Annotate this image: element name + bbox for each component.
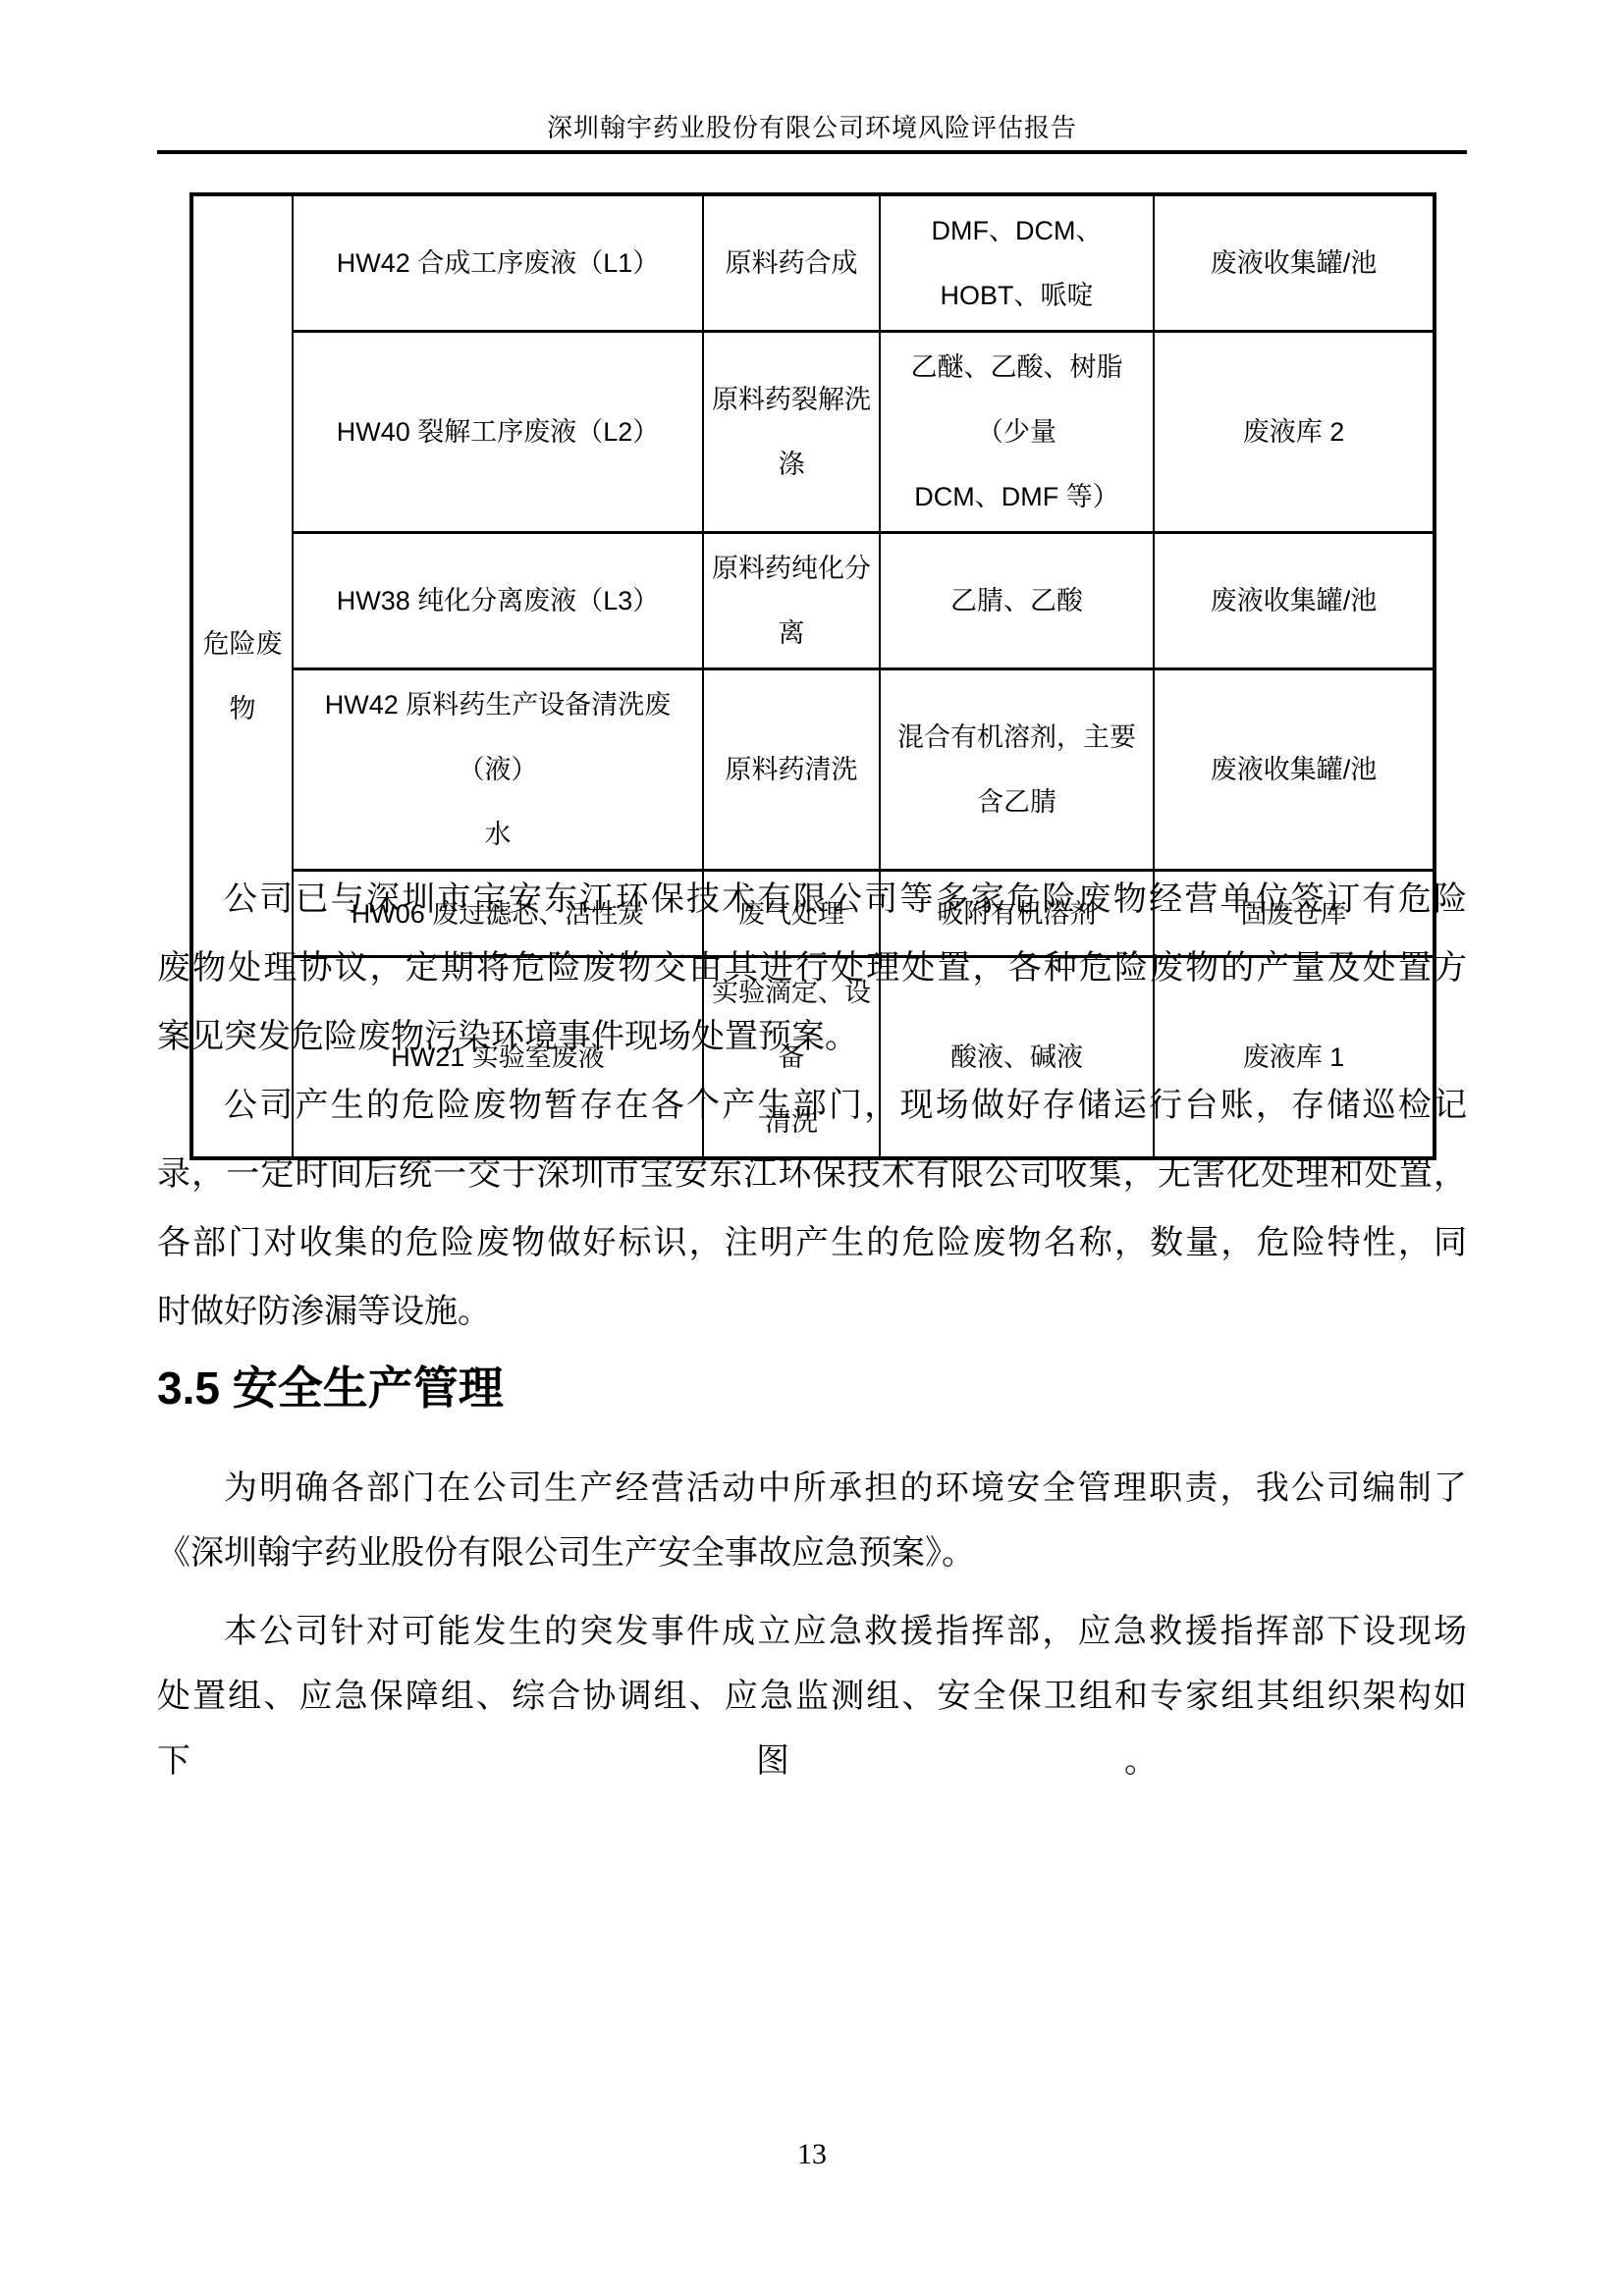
cell-process: 原料药清洗 (703, 669, 880, 871)
table-row: 危险废 物 HW42 合成工序废液（L1） 原料药合成 DMF、DCM、HOBT… (191, 194, 1435, 332)
paragraph-waste-agreement: 公司已与深圳市宝安东江环保技术有限公司等多家危险废物经营单位签订有危险 废物处理… (157, 866, 1467, 1072)
text-line: 公司产生的危险废物暂存在各个产生部门，现场做好存储运行台账，存储巡检记 (157, 1072, 1467, 1141)
paragraph-emergency-org: 本公司针对可能发生的突发事件成立应急救援指挥部，应急救援指挥部下设现场 处置组、… (157, 1600, 1467, 1794)
cell-waste-name: HW42 原料药生产设备清洗废（液） 水 (293, 669, 703, 871)
cell-storage: 废液库 2 (1154, 332, 1435, 533)
cell-waste-name: HW42 合成工序废液（L1） (293, 194, 703, 332)
cell-composition: DMF、DCM、HOBT、哌啶 (880, 194, 1154, 332)
cell-storage: 废液收集罐/池 (1154, 194, 1435, 332)
tail-char-middle: 图 (756, 1730, 789, 1794)
text-line: 处置组、应急保障组、综合协调组、应急监测组、安全保卫组和专家组其组织架构如 (157, 1665, 1467, 1730)
cell-composition: 乙腈、乙酸 (880, 533, 1154, 669)
text-line: 录，一定时间后统一交于深圳市宝安东江环保技术有限公司收集，无害化处理和处置， (157, 1141, 1467, 1209)
text-line: 各部门对收集的危险废物做好标识，注明产生的危险废物名称，数量，危险特性，同 (157, 1209, 1467, 1278)
text-line: 废物处理协议，定期将危险废物交由其进行处理处置，各种危险废物的产量及处置方 (157, 934, 1467, 1003)
cell-storage: 废液收集罐/池 (1154, 533, 1435, 669)
text-line: 时做好防渗漏等设施。 (157, 1278, 1467, 1347)
tail-char-right: 。 (1124, 1730, 1158, 1794)
cell-waste-name: HW38 纯化分离废液（L3） (293, 533, 703, 669)
text-line: 案见突发危险废物污染环境事件现场处置预案。 (157, 1003, 1467, 1072)
paragraph-waste-storage: 公司产生的危险废物暂存在各个产生部门，现场做好存储运行台账，存储巡检记 录，一定… (157, 1072, 1467, 1347)
table-row: HW40 裂解工序废液（L2） 原料药裂解洗涤 乙醚、乙酸、树脂（少量 DCM、… (191, 332, 1435, 533)
text-line: 为明确各部门在公司生产经营活动中所承担的环境安全管理职责，我公司编制了 (157, 1457, 1467, 1522)
cell-composition: 乙醚、乙酸、树脂（少量 DCM、DMF 等） (880, 332, 1154, 533)
cell-process: 原料药纯化分离 (703, 533, 880, 669)
text-line: 《深圳翰宇药业股份有限公司生产安全事故应急预案》。 (157, 1522, 1467, 1586)
header-rule (157, 150, 1467, 154)
cell-process: 原料药裂解洗涤 (703, 332, 880, 533)
table-row: HW42 原料药生产设备清洗废（液） 水 原料药清洗 混合有机溶剂，主要含乙腈 … (191, 669, 1435, 871)
header-title: 深圳翰宇药业股份有限公司环境风险评估报告 (0, 114, 1624, 143)
cell-storage: 废液收集罐/池 (1154, 669, 1435, 871)
page-number: 13 (0, 2138, 1624, 2171)
text-line-sparse: 下 图 。 (157, 1730, 1467, 1794)
cell-composition: 混合有机溶剂，主要含乙腈 (880, 669, 1154, 871)
paragraph-safety-duty: 为明确各部门在公司生产经营活动中所承担的环境安全管理职责，我公司编制了 《深圳翰… (157, 1457, 1467, 1586)
cell-process: 原料药合成 (703, 194, 880, 332)
table-row: HW38 纯化分离废液（L3） 原料药纯化分离 乙腈、乙酸 废液收集罐/池 (191, 533, 1435, 669)
section-heading: 3.5 安全生产管理 (157, 1361, 504, 1415)
text-line: 公司已与深圳市宝安东江环保技术有限公司等多家危险废物经营单位签订有危险 (157, 866, 1467, 934)
tail-char-left: 下 (157, 1730, 190, 1794)
document-page: 深圳翰宇药业股份有限公司环境风险评估报告 危险废 物 HW42 合成工序废液（L… (0, 0, 1624, 2296)
cell-waste-name: HW40 裂解工序废液（L2） (293, 332, 703, 533)
text-line: 本公司针对可能发生的突发事件成立应急救援指挥部，应急救援指挥部下设现场 (157, 1600, 1467, 1665)
